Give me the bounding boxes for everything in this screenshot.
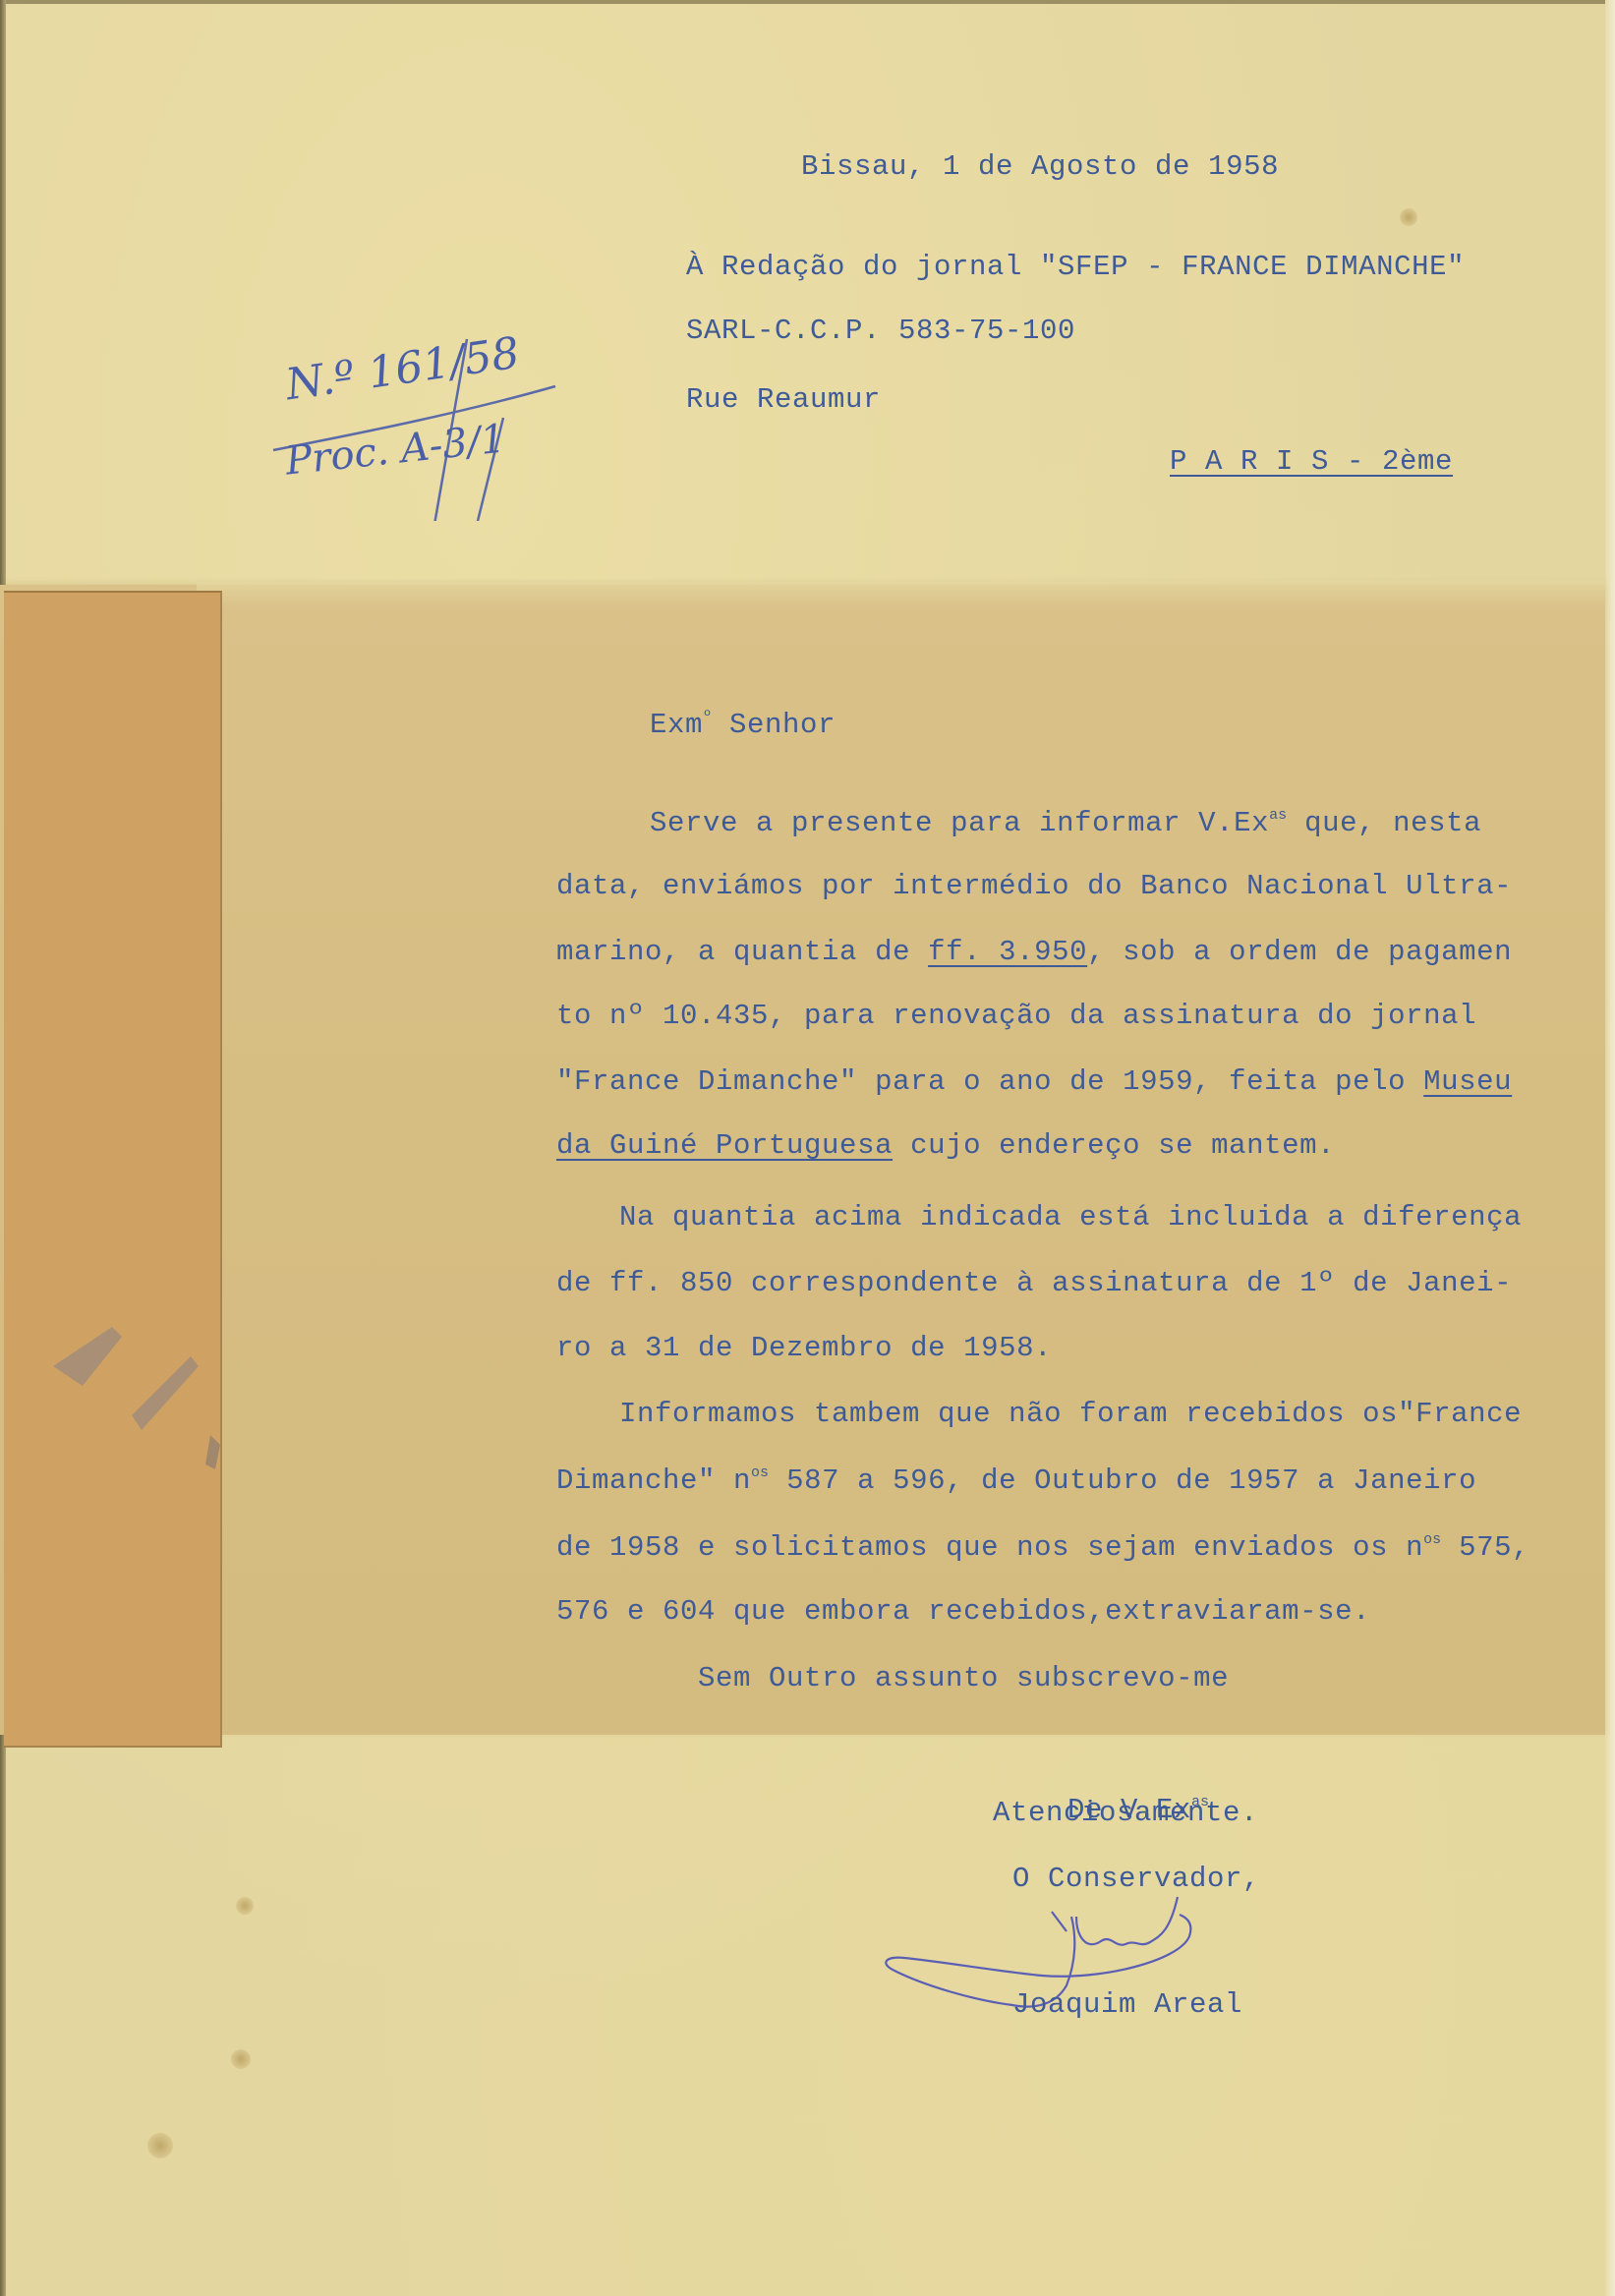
amount-underlined: ff. 3.950 [928,936,1087,968]
body-line: data, enviámos por intermédio do Banco N… [521,843,1512,900]
body-line: ro a 31 de Dezembro de 1958. [521,1305,1052,1362]
body-line: 576 e 604 que embora recebidos,extraviar… [521,1569,1370,1626]
line-text: data, enviámos por intermédio do Banco N… [556,870,1512,902]
place-date: Bissau, 1 de Agosto de 1958 [801,152,1279,181]
museum-underlined: Museu [1423,1065,1512,1098]
line-text: que, nesta [1287,807,1481,839]
body-line: marino, a quantia de ff. 3.950, sob a or… [521,909,1512,966]
salutation: Exmº Senhor [614,681,836,739]
line-text: ro a 31 de Dezembro de 1958. [556,1332,1052,1364]
closing-line: Sem Outro assunto subscrevo-me [698,1664,1229,1693]
line-text: 587 a 596, de Outubro de 1957 a Janeiro [769,1464,1476,1497]
body-line: da Guiné Portuguesa cujo endereço se man… [521,1103,1335,1160]
recipient-line-2: SARL-C.C.P. 583-75-100 [686,316,1075,345]
recipient-line-3: Rue Reaumur [686,385,881,414]
signatory-name: Joaquim Areal [1012,1990,1242,2019]
body-line: "France Dimanche" para o ano de 1959, fe… [521,1039,1512,1096]
signature-line-2: Atenciosamente. [993,1799,1258,1827]
line-text: to nº 10.435, para renovação da assinatu… [556,1000,1476,1032]
stain [1400,208,1417,226]
body-line: to nº 10.435, para renovação da assinatu… [521,973,1476,1030]
line-text: 575, [1441,1531,1529,1564]
salutation-text-2: Senhor [712,709,836,741]
line-text: de 1958 e solicitamos que nos sejam envi… [556,1531,1423,1564]
stain [231,2049,251,2069]
recipient-line-1: À Redação do jornal "SFEP - FRANCE DIMAN… [686,253,1465,281]
salutation-superscript: º [703,709,712,725]
body-line: de 1958 e solicitamos que nos sejam envi… [521,1504,1529,1562]
brown-card-stub [4,591,222,1748]
line-text: Serve a presente para informar V.Ex [650,807,1269,839]
superscript: os [1423,1531,1441,1548]
card-pencil-mark-icon [24,1307,220,1474]
superscript: as [1269,807,1287,824]
body-line: Na quantia acima indicada está incluida … [584,1175,1522,1232]
body-line: Informamos tambem que não foram recebido… [584,1371,1522,1428]
recipient-city: P A R I S - 2ème [1170,447,1453,476]
line-text: "France Dimanche" para o ano de 1959, fe… [556,1065,1423,1098]
annotation-strike-lines-icon [246,324,570,521]
line-text: Dimanche" n [556,1464,751,1497]
superscript: os [751,1464,769,1481]
band-fade [197,580,1605,609]
line-text: cujo endereço se mantem. [893,1129,1335,1162]
reference-annotation: N.º 161/58 Proc. A-3/1 [246,324,570,521]
paper-top-edge [0,0,1615,4]
line-text: Na quantia acima indicada está incluida … [619,1201,1522,1234]
salutation-text: Exm [650,709,703,741]
paper-right-edge [1605,0,1615,2296]
stain [147,2133,173,2158]
line-text: Informamos tambem que não foram recebido… [619,1398,1522,1430]
body-line: Dimanche" nos 587 a 596, de Outubro de 1… [521,1437,1476,1495]
stain [236,1897,254,1915]
museum-underlined: da Guiné Portuguesa [556,1129,893,1162]
line-text: 576 e 604 que embora recebidos,extraviar… [556,1595,1370,1628]
line-text: , sob a ordem de pagamen [1087,936,1512,968]
body-line: de ff. 850 correspondente à assinatura d… [521,1240,1512,1297]
body-line: Serve a presente para informar V.Exas qu… [614,779,1481,837]
line-text: marino, a quantia de [556,936,928,968]
line-text: de ff. 850 correspondente à assinatura d… [556,1267,1512,1299]
